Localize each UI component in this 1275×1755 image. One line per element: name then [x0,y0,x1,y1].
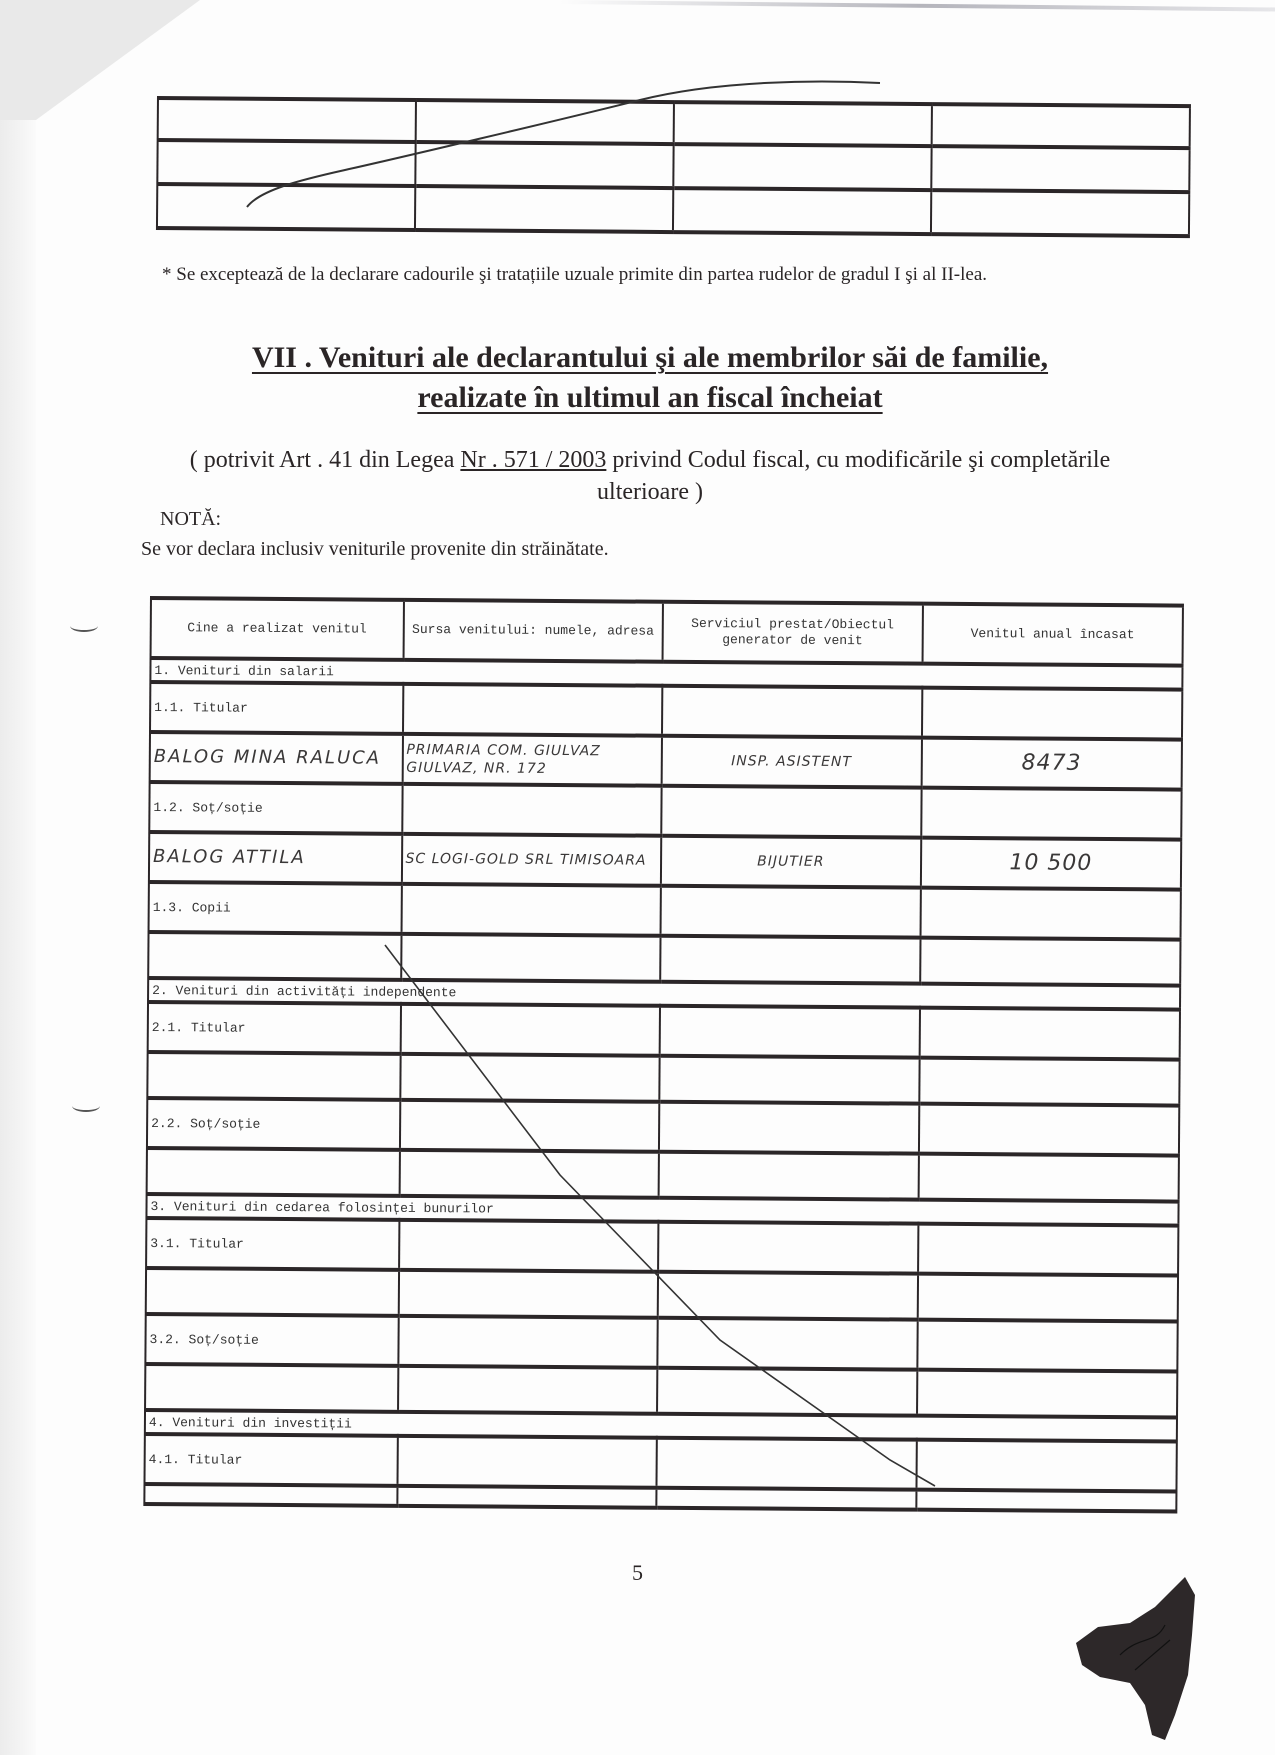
nota-text: Se vor declara inclusiv veniturile prove… [141,538,609,561]
signature-blot-icon [1060,1565,1220,1750]
subcategory-label: 4.1. Titular [144,1434,397,1486]
income-entry-row: BALOG MINA RALUCAPRIMARIA COM. GIULVAZ G… [150,732,1182,790]
income-entry-row: BALOG ATTILASC LOGI-GOLD SRL TIMISOARABI… [149,832,1181,890]
nota-label: NOTĂ: [160,508,221,531]
header-service: Serviciul prestat/Obiectul generator de … [663,602,923,664]
annual-income-cell: 8473 [921,738,1182,790]
empty-row [147,1052,1179,1106]
empty-cell [660,1006,920,1058]
empty-cell [920,938,1181,986]
law-reference: Nr . 571 / 2003 [460,447,606,473]
subcategory-row: 2.2. Soț/soție [147,1098,1179,1156]
subcategory-label [146,1268,399,1316]
empty-row [145,1364,1177,1418]
empty-cell [399,1100,659,1152]
earner-name-cell: BALOG MINA RALUCA [150,732,403,784]
empty-cell [661,886,921,938]
empty-cell [400,1004,660,1056]
subcategory-label [148,932,401,980]
empty-cell [917,1320,1178,1372]
empty-cell [918,1224,1179,1276]
empty-cell [398,1270,658,1318]
subcategory-label [145,1364,398,1412]
empty-cell [399,1150,659,1198]
empty-cell [916,1490,1177,1512]
income-source-cell: PRIMARIA COM. GIULVAZ GIULVAZ, NR. 172 [402,734,662,786]
empty-row [146,1268,1178,1322]
previous-section-table [156,96,1191,238]
empty-cell [659,1102,919,1154]
empty-cell [918,1154,1179,1202]
subcategory-label [147,1052,400,1100]
section-subtitle: ( potrivit Art . 41 din Legea Nr . 571 /… [150,444,1150,508]
empty-cell [657,1368,917,1416]
subcategory-label: 1.3. Copii [149,882,402,934]
subcategory-label: 2.1. Titular [148,1002,401,1054]
subcategory-row: 2.1. Titular [148,1002,1180,1060]
subcategory-row: 3.1. Titular [146,1218,1178,1276]
empty-cell [397,1436,657,1488]
header-earner: Cine a realizat venitul [151,598,404,660]
empty-cell [917,1274,1178,1322]
empty-cell [920,888,1181,940]
scan-edge [0,0,36,1755]
income-table: Cine a realizat venitul Sursa venitului:… [143,596,1184,1514]
punch-hole-mark [70,620,98,632]
punch-hole-mark [72,1100,100,1112]
empty-cell [916,1440,1177,1492]
subcategory-row: 4.1. Titular [144,1434,1176,1492]
empty-cell [659,1152,919,1200]
empty-cell [659,1056,919,1104]
empty-cell [402,784,662,836]
service-cell: BIJUTIER [661,836,921,888]
subcategory-label: 3.1. Titular [146,1218,399,1270]
empty-cell [657,1318,917,1370]
subcategory-label: 3.2. Soț/soție [145,1314,398,1366]
empty-cell [401,934,661,982]
empty-cell [398,1366,658,1414]
subcategory-label [147,1148,400,1196]
empty-row [147,1148,1179,1202]
empty-cell [660,936,920,984]
empty-cell [919,1058,1180,1106]
empty-cell [401,884,661,936]
section-title-line2: realizate în ultimul an fiscal încheiat [150,378,1150,418]
empty-cell [400,1054,660,1102]
empty-cell [399,1220,659,1272]
subcategory-row: 3.2. Soț/soție [145,1314,1177,1372]
subcategory-label: 2.2. Soț/soție [147,1098,400,1150]
empty-cell [658,1272,918,1320]
empty-cell [656,1488,916,1510]
scan-edge-top [560,0,1275,12]
subcategory-row: 1.1. Titular [150,682,1182,740]
header-source: Sursa venitului: numele, adresa [403,600,663,662]
empty-cell [658,1222,918,1274]
section-title: VII . Venituri ale declarantului şi ale … [150,338,1150,418]
empty-cell [661,786,921,838]
subcategory-label [144,1484,397,1506]
empty-cell [919,1008,1180,1060]
income-source-cell: SC LOGI-GOLD SRL TIMISOARA [401,834,661,886]
subcategory-row: 1.2. Soț/soție [149,782,1181,840]
empty-row [148,932,1180,986]
empty-cell [662,686,922,738]
empty-cell [919,1104,1180,1156]
earner-name-cell: BALOG ATTILA [149,832,402,884]
empty-cell [656,1438,916,1490]
empty-cell [917,1370,1178,1418]
subcategory-row: 1.3. Copii [149,882,1181,940]
footnote: * Se exceptează de la declarare cadouril… [136,262,1176,288]
empty-cell [397,1486,657,1508]
table-header-row: Cine a realizat venitul Sursa venitului:… [151,598,1183,666]
empty-cell [922,688,1183,740]
subcategory-label: 1.1. Titular [150,682,403,734]
annual-income-cell: 10 500 [920,838,1181,890]
section-title-line1: VII . Venituri ale declarantului şi ale … [150,338,1150,378]
subcategory-label: 1.2. Soț/soție [149,782,402,834]
service-cell: INSP. ASISTENT [662,736,922,788]
empty-cell [402,684,662,736]
empty-cell [921,788,1182,840]
header-annual-income: Venitul anual încasat [922,604,1183,666]
empty-cell [398,1316,658,1368]
